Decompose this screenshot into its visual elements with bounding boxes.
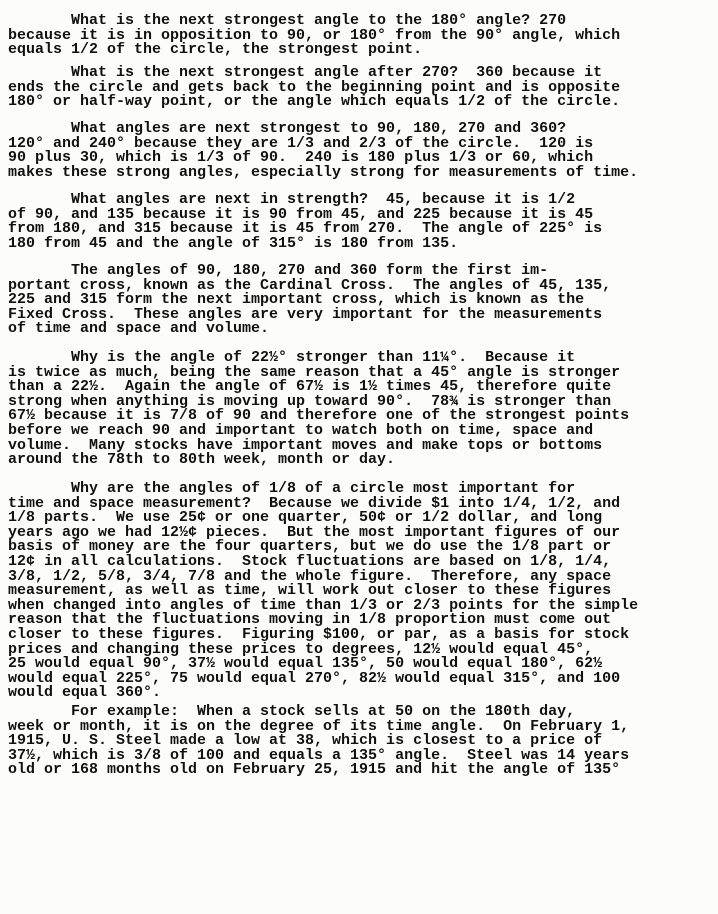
paragraph: What angles are next strongest to 90, 18… [8,122,638,180]
text-line: around the 78th to 80th week, month or d… [8,453,629,468]
paragraph: Why are the angles of 1/8 of a circle mo… [8,482,638,701]
paragraph: Why is the angle of 22½° stronger than 1… [8,351,629,468]
typewritten-page: What is the next strongest angle to the … [0,0,718,914]
paragraph: The angles of 90, 180, 270 and 360 form … [8,264,611,337]
text-line: of time and space and volume. [8,322,611,337]
text-line: equals 1/2 of the circle, the strongest … [8,43,620,58]
text-line: old or 168 months old on February 25, 19… [8,763,629,778]
paragraph: What is the next strongest angle after 2… [8,66,620,110]
text-line: makes these strong angles, especially st… [8,166,638,181]
paragraph: For example: When a stock sells at 50 on… [8,705,629,778]
text-line: 180 from 45 and the angle of 315° is 180… [8,237,602,252]
paragraph: What is the next strongest angle to the … [8,14,620,58]
text-line: 180° or half-way point, or the angle whi… [8,95,620,110]
paragraph: What angles are next in strength? 45, be… [8,193,602,251]
text-line: would equal 360°. [8,686,638,701]
